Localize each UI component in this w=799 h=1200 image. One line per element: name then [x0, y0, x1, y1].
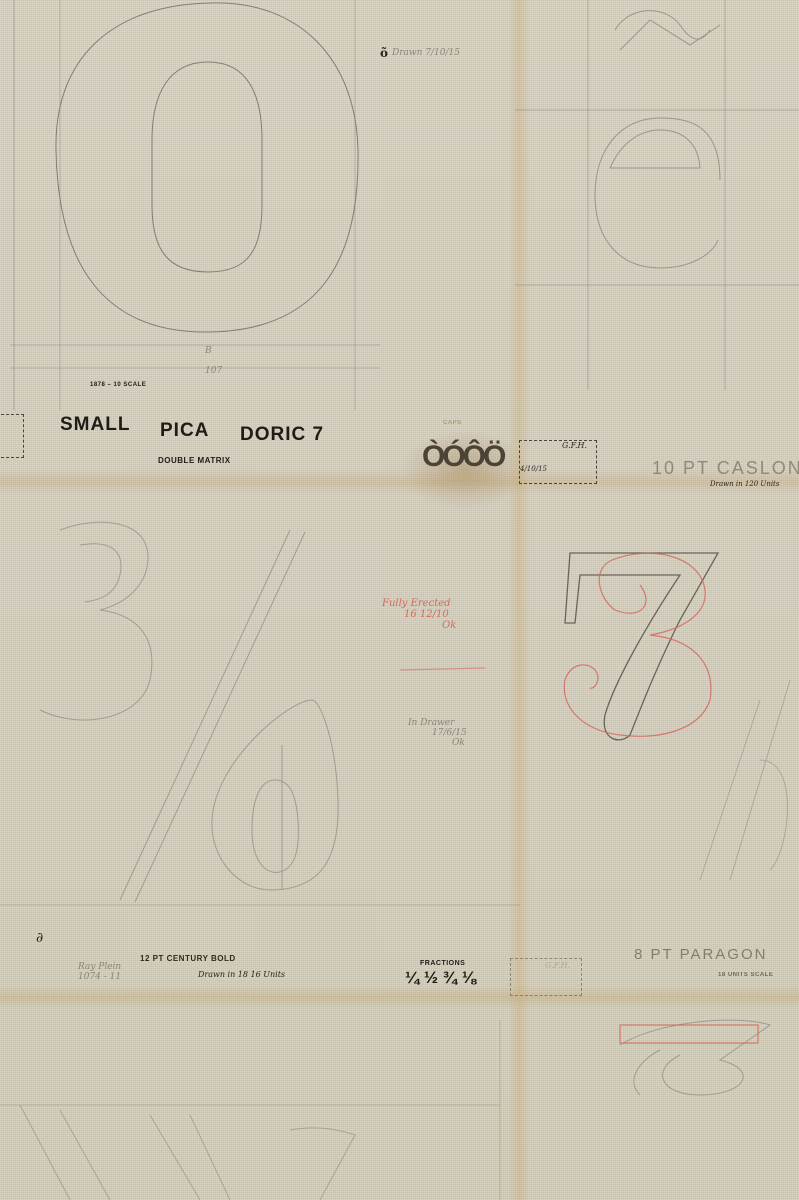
glyph-e-outline [595, 11, 720, 268]
pencil-note: In Drawer 17/6/15 Ok [408, 718, 467, 748]
note-glyph: õ [380, 46, 388, 60]
title-word-doric: DORIC 7 [240, 424, 324, 446]
red-pencil-note: Fully Erected 16 12/10 Ok [382, 598, 456, 631]
caslon-title: 10 PT CASLON [652, 458, 799, 479]
glyph-ezh-outline [620, 1020, 770, 1095]
glyph-three-quarter-outline [40, 522, 338, 902]
paragon-title: 8 PT PARAGON [634, 946, 767, 963]
title-word-small: SMALL [60, 414, 130, 436]
scale-note: 1878 – 10 SCALE [90, 382, 146, 388]
stamp-box-right: G.F.H. [510, 958, 582, 996]
title-word-pica: PICA [160, 420, 209, 442]
century-bold-note: Drawn in 18 16 Units [198, 970, 285, 979]
double-matrix-label: DOUBLE MATRIX [158, 456, 231, 465]
caps-label: CAPS [443, 420, 462, 426]
fractions-label: FRACTIONS [420, 960, 465, 967]
dim-mark-b: B [205, 346, 212, 356]
stamp-box-gfh: G.F.H. 4/10/15 [519, 440, 597, 484]
stamp-box-left [0, 414, 24, 458]
drawing-sheet: õ Drawn 7/10/15 B 107 1878 – 10 SCALE SM… [0, 0, 799, 1200]
left-mark: ∂ [36, 930, 43, 946]
century-bold-title: 12 PT CENTURY BOLD [140, 954, 236, 963]
glyph-vwy-outline [20, 1105, 355, 1200]
paragon-note: 18 UNITS SCALE [718, 972, 773, 978]
caps-glyphs: ÒÓÔÖ [422, 440, 503, 474]
glyph-seven-outline [565, 553, 718, 740]
red-rectangle-mark [620, 1025, 758, 1043]
left-pencil-note: Ray Plein 1074 - 11 [78, 962, 121, 982]
fractions-glyphs: ¼ ½ ¾ ⅛ [405, 968, 476, 988]
dim-mark-107: 107 [205, 366, 222, 376]
drawn-date-note: Drawn 7/10/15 [392, 48, 460, 58]
caslon-note: Drawn in 120 Units [710, 480, 779, 488]
glyph-o-outline [56, 3, 358, 332]
